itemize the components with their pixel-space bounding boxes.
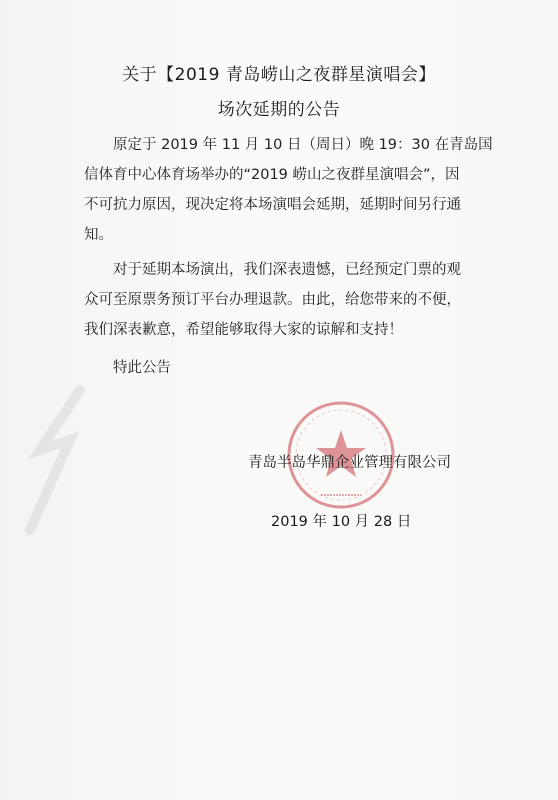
closing-remark: 特此公告 bbox=[84, 353, 484, 383]
document-page: 关于【2019 青岛崂山之夜群星演唱会】 场次延期的公告 原定于 2019 年 … bbox=[0, 0, 558, 800]
paragraph-refund: 对于延期本场演出，我们深表遗憾，已经预定门票的观 众可至原票务预订平台办理退款。… bbox=[84, 255, 484, 345]
paragraph-line: 信体育中心体育场举办的“2019 崂山之夜群星演唱会”，因 bbox=[84, 160, 484, 190]
notice-title-line2: 场次延期的公告 bbox=[0, 95, 558, 120]
paragraph-postponement: 原定于 2019 年 11 月 10 日（周日）晚 19：30 在青岛国 信体育… bbox=[84, 130, 484, 250]
paragraph-line: 知。 bbox=[84, 220, 484, 250]
paragraph-line: 我们深表歉意，希望能够取得大家的谅解和支持！ bbox=[84, 315, 484, 345]
closing-text: 特此公告 bbox=[84, 353, 484, 383]
background-smudge bbox=[20, 380, 110, 540]
notice-date: 2019 年 10 月 28 日 bbox=[271, 510, 411, 531]
paragraph-line: 不可抗力原因，现决定将本场演唱会延期，延期时间另行通 bbox=[84, 190, 484, 220]
paragraph-line: 众可至原票务预订平台办理退款。由此，给您带来的不便， bbox=[84, 285, 484, 315]
paragraph-line: 原定于 2019 年 11 月 10 日（周日）晚 19：30 在青岛国 bbox=[84, 130, 484, 160]
paragraph-line: 对于延期本场演出，我们深表遗憾，已经预定门票的观 bbox=[84, 255, 484, 285]
notice-title-line1: 关于【2019 青岛崂山之夜群星演唱会】 bbox=[0, 60, 558, 85]
company-signature: 青岛半岛华鼎企业管理有限公司 bbox=[248, 451, 451, 472]
